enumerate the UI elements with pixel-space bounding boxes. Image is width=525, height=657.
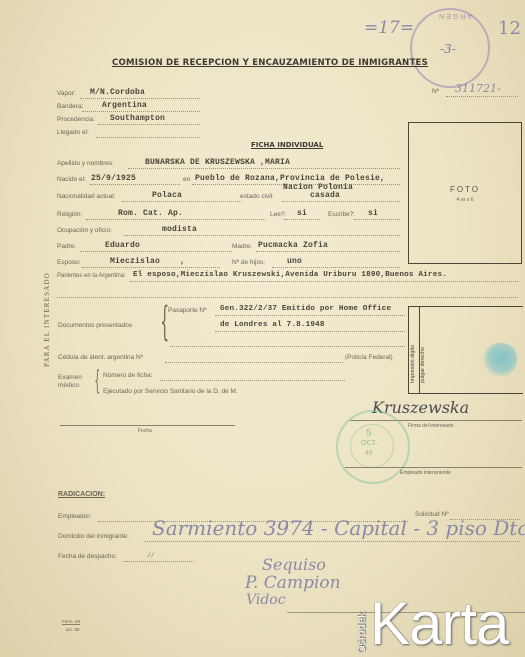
fingerprint-mark	[483, 343, 517, 377]
numero-ficha-label: Número de ficha:	[103, 372, 153, 379]
photo-box: FOTO 4 vs x 6	[408, 122, 522, 264]
watermark-karta: Karta	[370, 594, 508, 654]
empleador-label: Empleador:	[58, 513, 91, 520]
fecha-label: Fecha	[138, 428, 152, 434]
estado-civil-label: estado civil:	[240, 193, 274, 200]
empleado-label: Empleado interviniente	[400, 470, 451, 476]
religion-label: Religión:	[57, 211, 82, 218]
ocupacion-value: modista	[162, 225, 197, 234]
nacionalidad-label: Nacionalidad actual:	[57, 193, 116, 200]
vapor-value: M/N.Cordoba	[90, 88, 145, 97]
parientes-value: El esposo,Mieczislao Kruszewski,Avenida …	[133, 271, 447, 279]
madre-label: Madre:	[232, 243, 252, 250]
stamp-number: -3-	[440, 42, 456, 56]
apellido-value: BUNARSKA DE KRUSZEWSKA ,MARIA	[145, 158, 290, 167]
padre-label: Padre:	[57, 243, 76, 250]
numero-value: 311721-	[455, 82, 501, 95]
pasaporte-value-1: Gen.322/2/37 Emitido por Home Office	[220, 305, 391, 313]
handwritten-note-2: P. Campion	[245, 573, 341, 593]
en-label: en	[183, 176, 190, 183]
fingerprint-box: Impresión digito pulgar derecho	[408, 306, 523, 394]
esposo-value: Mieczislao	[110, 257, 160, 266]
document-title: COMISION DE RECEPCION Y ENCAUZAMIENTO DE…	[112, 58, 428, 68]
apellido-label: Apellido y nombres:	[57, 160, 114, 167]
pasaporte-value-2: de Londres al 7.8.1948	[220, 321, 325, 329]
bandera-value: Argentina	[102, 101, 147, 110]
examen-brace: {	[94, 368, 100, 394]
photo-size: 4 vs x 6	[409, 197, 521, 203]
lee-label: Lee?:	[270, 211, 286, 218]
handwritten-file-number: =17=	[364, 18, 414, 38]
bandera-label: Bandera:	[57, 103, 83, 110]
fecha-despacho-value: / /	[148, 552, 153, 559]
padre-value: Eduardo	[105, 241, 140, 250]
policia-federal-label: (Policía Federal)	[345, 354, 393, 361]
domicilio-label: Domicilio del inmigrante:	[58, 533, 129, 540]
fingerprint-label-2: pulgar derecho	[420, 347, 426, 383]
examen-label-1: Examen	[58, 374, 82, 381]
parientes-label: Parientes en la Argentina:	[57, 273, 126, 279]
esposo-comma: ,	[180, 257, 185, 266]
stamp-day: 5	[366, 428, 372, 439]
nacionalidad-value: Polaca	[152, 191, 182, 200]
birthplace-value: Pueblo de Rozana,Provincia de Polesie,	[195, 174, 385, 183]
handwritten-note-3: Vidoc	[246, 592, 286, 608]
nacido-value: 25/9/1925	[91, 174, 136, 183]
watermark-osrodek: Ośrodek	[356, 612, 368, 654]
documentos-label: Documentos presentados	[58, 322, 132, 329]
stamp-text: ARGEN	[437, 12, 472, 19]
lee-value: si	[297, 209, 307, 218]
stamp-month: OCT.	[361, 440, 377, 447]
pasaporte-label: Pasaporte Nº	[168, 307, 207, 314]
estado-civil-value: casada	[310, 191, 340, 200]
form-number: Form. 60	[62, 619, 80, 625]
llegado-label: Llegado el:	[57, 129, 89, 136]
esposo-label: Esposo:	[57, 259, 81, 266]
hijos-value: uno	[287, 257, 302, 266]
fecha-despacho-label: Fecha de despacho:	[58, 553, 117, 560]
immigration-document: ARGEN -3- =17= 12 COMISION DE RECEPCION …	[0, 0, 525, 657]
fingerprint-label-1: Impresión digito	[410, 345, 416, 383]
examen-label-2: médico	[58, 382, 79, 389]
procedencia-value: Southampton	[110, 114, 165, 123]
para-el-interesado-label: PARA EL INTERESADO	[43, 272, 51, 367]
cedula-label: Cédula de ident. argentina Nº	[58, 354, 143, 361]
religion-value: Rom. Cat. Ap.	[118, 209, 183, 218]
corner-page-number: 12	[498, 18, 521, 39]
madre-value: Pucmacka Zofia	[258, 241, 328, 250]
hijos-label: Nº de hijos:	[232, 259, 265, 266]
procedencia-label: Procedencia:	[57, 116, 95, 123]
vapor-label: Vapor:	[57, 90, 76, 97]
handwritten-note-1: Sequiso	[262, 555, 326, 574]
escribe-label: Escribe?:	[328, 211, 355, 218]
firma-label: Firma del interesado	[408, 423, 454, 429]
stamp-year: 48	[365, 450, 373, 457]
domicilio-handwritten: Sarmiento 3974 - Capital - 3 piso Dto 4	[152, 516, 525, 540]
ocupacion-label: Ocupación y oficio:	[57, 227, 112, 234]
radicacion-title: RADICACION:	[58, 491, 105, 498]
ejecutado-label: Ejecutado por Servicio Sanitario de la D…	[103, 388, 238, 395]
escribe-value: si	[368, 209, 378, 218]
form-code: a/c. 69	[66, 627, 80, 632]
numero-label: Nº	[432, 88, 439, 95]
photo-label: FOTO	[409, 185, 521, 194]
ficha-title: FICHA INDIVIDUAL	[251, 141, 323, 149]
nacido-label: Nacido el:	[57, 176, 86, 183]
